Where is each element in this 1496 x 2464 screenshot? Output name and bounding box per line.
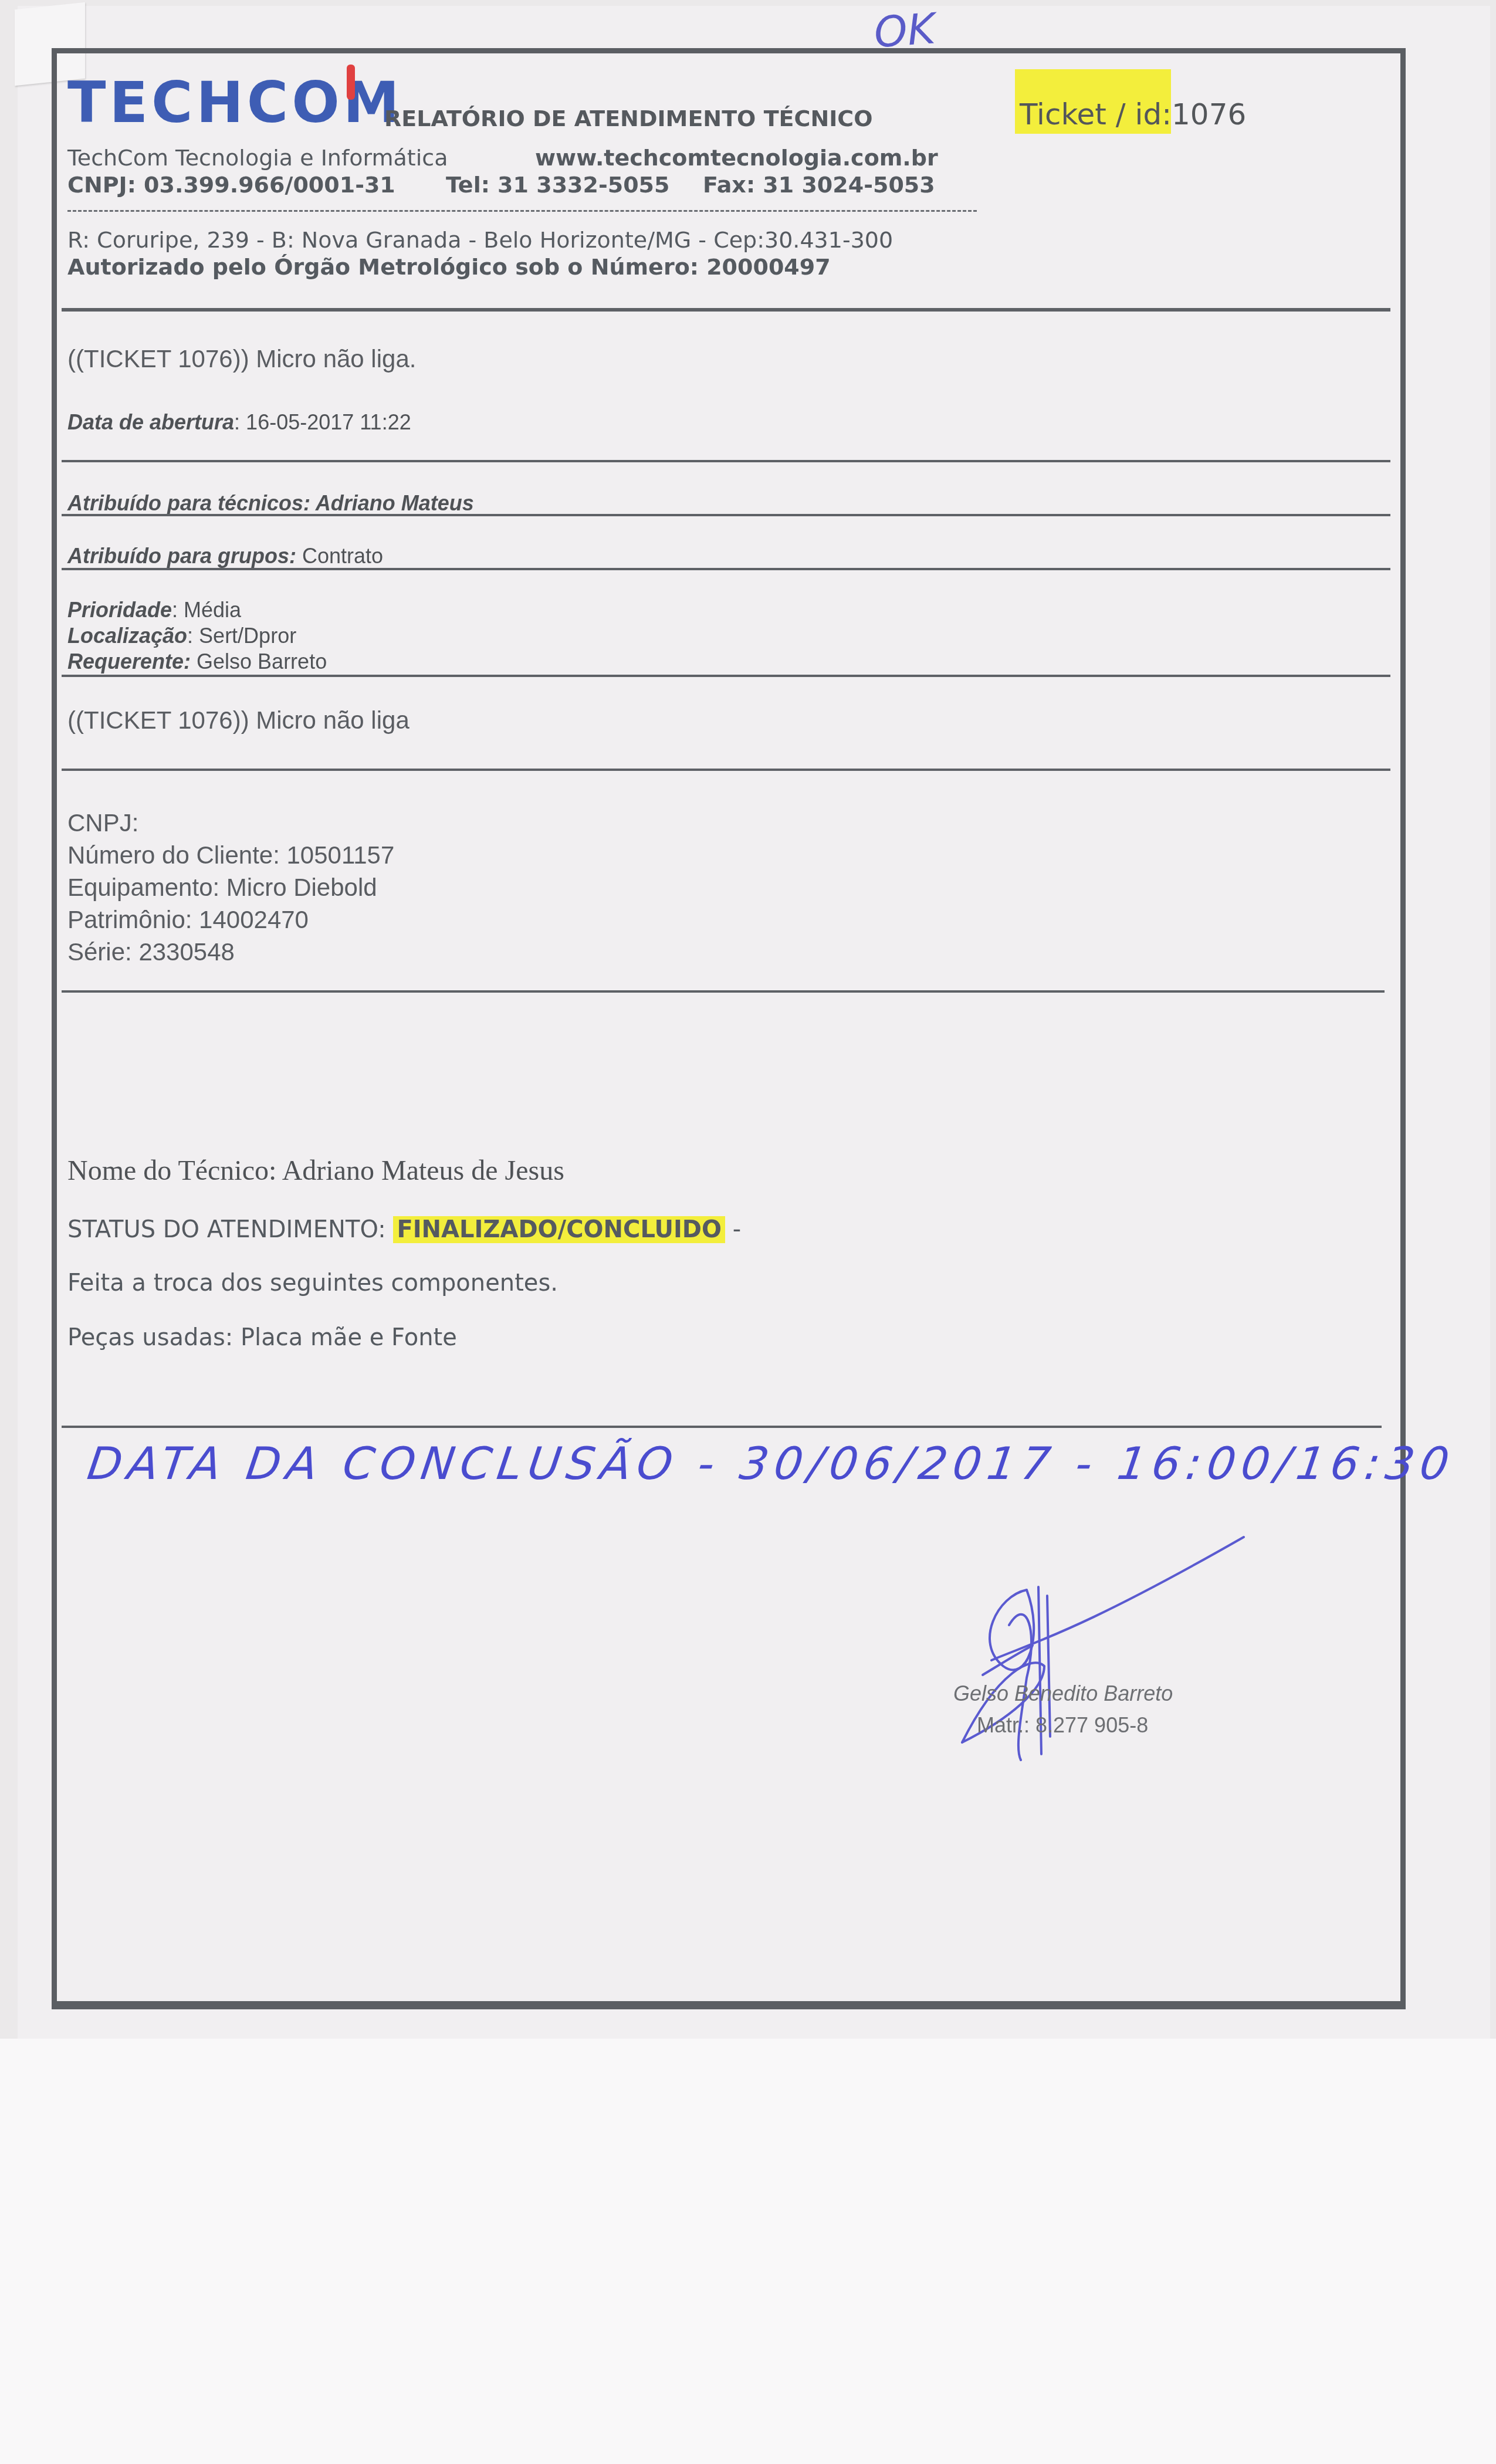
opening-date: Data de abertura: 16-05-2017 11:22: [67, 409, 411, 435]
handwritten-conclusion-date: DATA DA CONCLUSÃO - 30/06/2017 - 16:00/1…: [84, 1437, 1458, 1490]
divider: [62, 460, 1390, 462]
techcom-logo: TECHCOM: [67, 76, 402, 129]
parts-used: Peças usadas: Placa mãe e Fonte: [67, 1324, 457, 1351]
ticket-subject: ((TICKET 1076)) Micro não liga.: [67, 343, 416, 375]
location: Localização: Sert/Dpror: [67, 623, 296, 649]
company-address: R: Coruripe, 239 - B: Nova Granada - Bel…: [67, 226, 893, 253]
opening-date-value: : 16-05-2017 11:22: [234, 410, 411, 434]
priority-value: : Média: [172, 598, 241, 622]
requester-value: Gelso Barreto: [191, 649, 327, 673]
company-name: TechCom Tecnologia e Informática: [67, 144, 448, 171]
company-fax: Fax: 31 3024-5053: [703, 171, 935, 198]
power-icon: [347, 65, 355, 100]
requester: Requerente: Gelso Barreto: [67, 649, 327, 675]
opening-date-label: Data de abertura: [67, 410, 234, 434]
company-tel: Tel: 31 3332-5055: [446, 171, 670, 198]
divider: [62, 568, 1390, 570]
authorization-number: Autorizado pelo Órgão Metrológico sob o …: [67, 253, 831, 280]
company-website: www.techcomtecnologia.com.br: [535, 144, 938, 171]
status-badge: FINALIZADO/CONCLUIDO: [393, 1216, 725, 1243]
ticket-id-badge: Ticket / id:1076: [1015, 69, 1171, 134]
requester-label: Requerente:: [67, 649, 191, 673]
client-cnpj: CNPJ:: [67, 807, 138, 840]
assigned-technicians: Atribuído para técnicos: Adriano Mateus: [67, 490, 474, 516]
divider: [62, 514, 1390, 516]
divider: [62, 990, 1385, 993]
ticket-description: ((TICKET 1076)) Micro não liga: [67, 704, 409, 737]
serial-number: Série: 2330548: [67, 936, 235, 969]
priority-label: Prioridade: [67, 598, 172, 622]
equipment: Equipamento: Micro Diebold: [67, 871, 377, 904]
location-value: : Sert/Dpror: [187, 624, 296, 648]
status-suffix: -: [725, 1216, 741, 1243]
divider: [62, 675, 1390, 677]
assigned-groups-label: Atribuído para grupos:: [67, 544, 296, 568]
company-cnpj: CNPJ: 03.399.966/0001-31: [67, 171, 395, 198]
header-divider: [62, 308, 1390, 312]
assigned-groups-value: Contrato: [296, 544, 383, 568]
service-status: STATUS DO ATENDIMENTO: FINALIZADO/CONCLU…: [67, 1216, 741, 1243]
signature-stamp-name: Gelso Benedito Barreto: [953, 1681, 1173, 1706]
signature-stamp-registration: Matr.: 8.277 905-8: [977, 1713, 1148, 1738]
assigned-groups: Atribuído para grupos: Contrato: [67, 543, 383, 569]
client-number: Número do Cliente: 10501157: [67, 839, 394, 872]
divider: [62, 769, 1390, 771]
report-title: RELATÓRIO DE ATENDIMENTO TÉCNICO: [384, 106, 873, 131]
divider: [62, 1426, 1382, 1428]
assigned-technicians-text: Atribuído para técnicos: Adriano Mateus: [67, 491, 474, 515]
dashed-divider: [67, 210, 977, 212]
status-label: STATUS DO ATENDIMENTO:: [67, 1216, 386, 1243]
technician-name: Nome do Técnico: Adriano Mateus de Jesus: [67, 1155, 564, 1187]
asset-number: Patrimônio: 14002470: [67, 903, 309, 936]
priority: Prioridade: Média: [67, 597, 241, 623]
work-done: Feita a troca dos seguintes componentes.: [67, 1270, 558, 1297]
location-label: Localização: [67, 624, 187, 648]
